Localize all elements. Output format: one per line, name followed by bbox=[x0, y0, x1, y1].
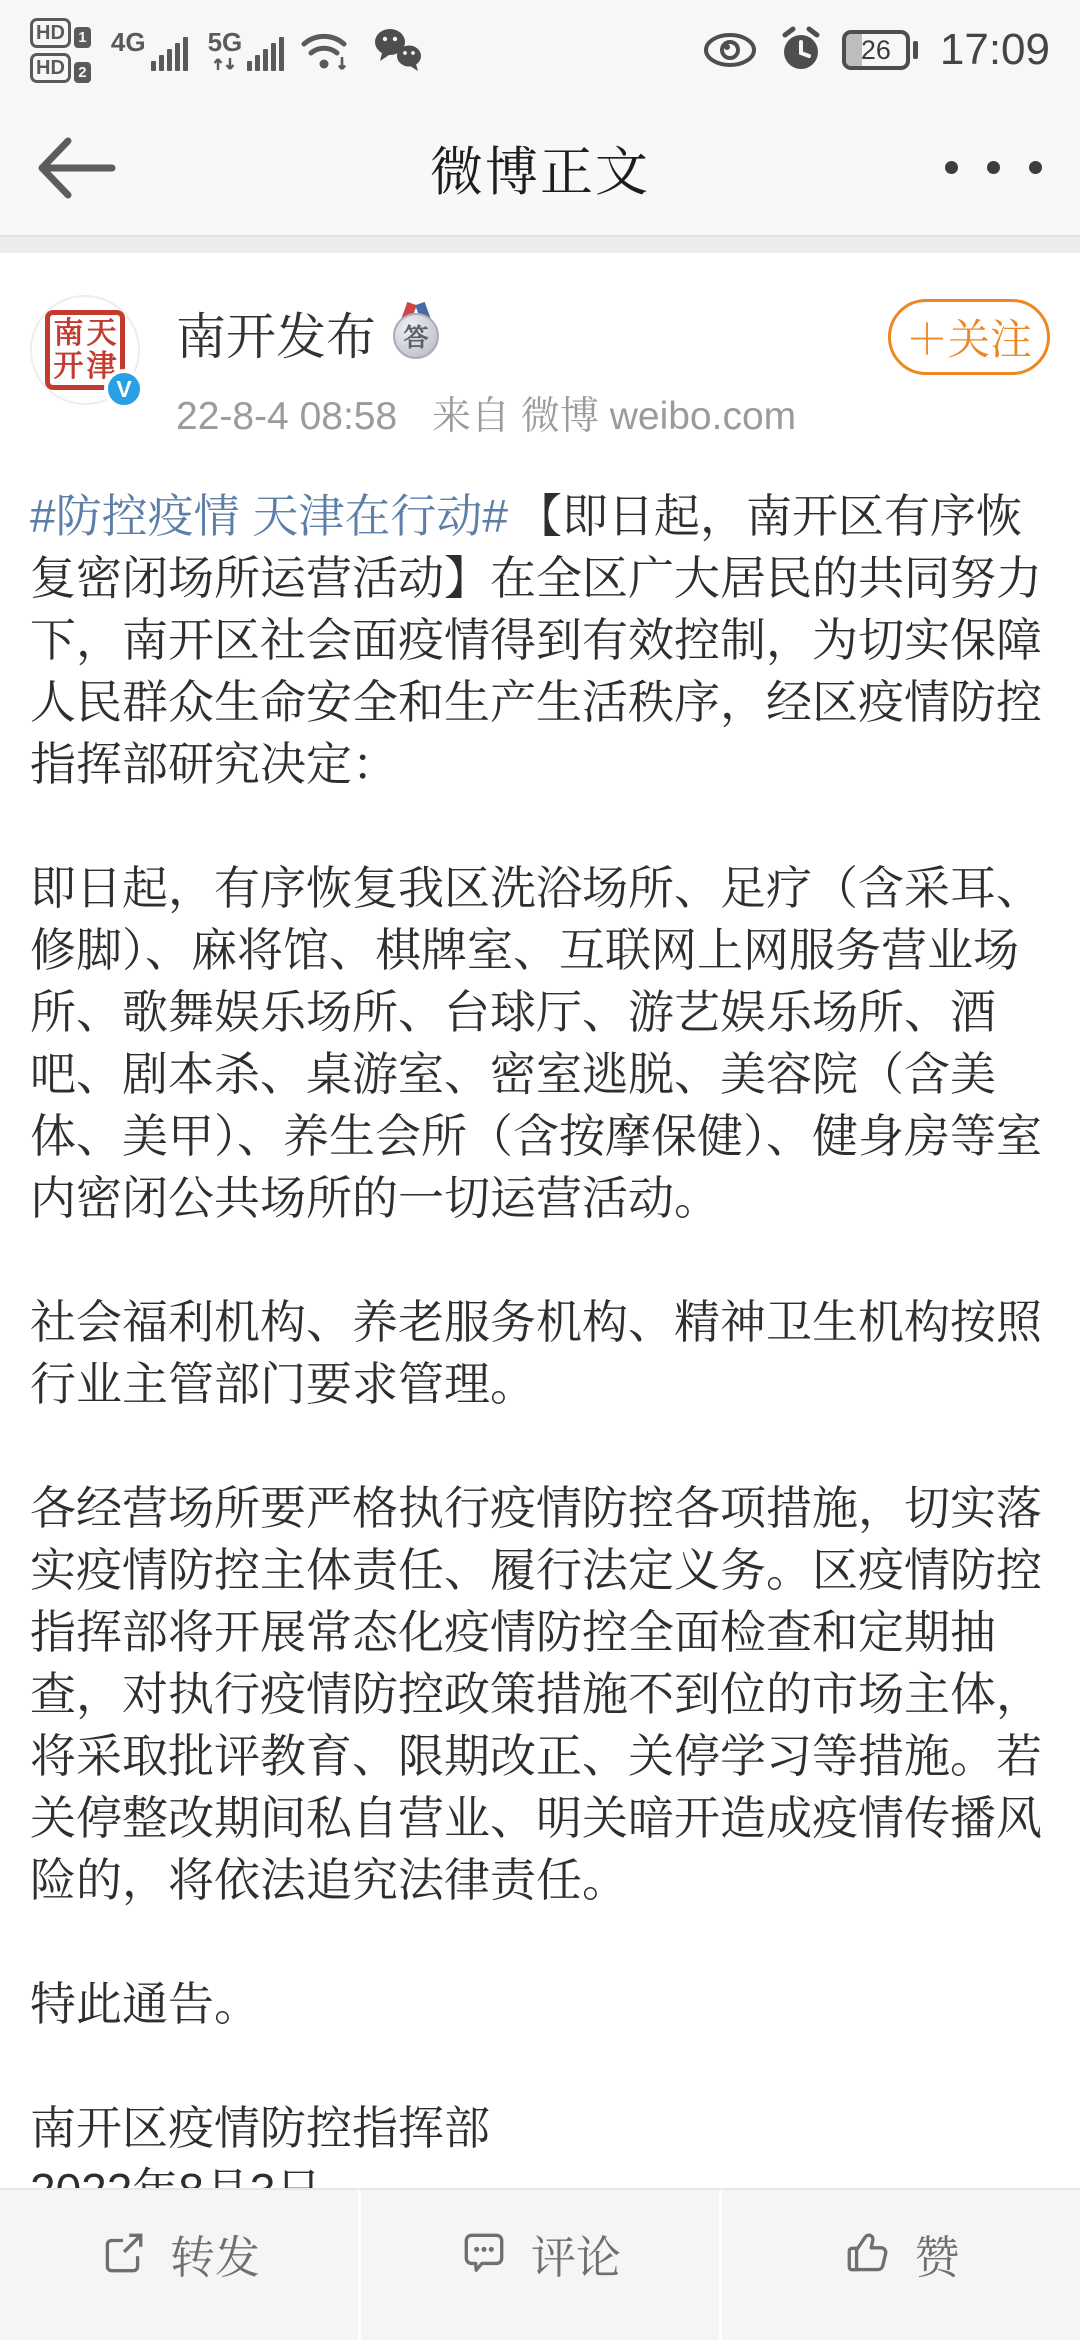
eye-comfort-icon bbox=[700, 30, 760, 70]
alarm-icon bbox=[776, 25, 826, 75]
page-title: 微博正文 bbox=[430, 130, 650, 206]
nav-bar: 微博正文 bbox=[0, 100, 1080, 235]
paragraph: 即日起，有序恢复我区洗浴场所、足疗（含采耳、修脚）、麻将馆、棋牌室、互联网上网服… bbox=[30, 857, 1050, 1229]
paragraph: #防控疫情 天津在行动#【即日起，南开区有序恢复密闭场所运营活动】在全区广大居民… bbox=[30, 485, 1050, 795]
medal-badge-icon: 答 bbox=[392, 303, 440, 359]
paragraph: 特此通告。 bbox=[30, 1973, 1050, 2035]
volte-hd-sim2-icon: HD 2 bbox=[30, 53, 91, 83]
post-meta: 22-8-4 08:58 来自 微博 weibo.com bbox=[176, 385, 888, 441]
signal-bars-icon bbox=[247, 37, 284, 71]
sim1-signal: 4G bbox=[111, 29, 188, 71]
back-arrow-icon[interactable] bbox=[34, 135, 120, 201]
battery-icon: 26 bbox=[842, 30, 918, 70]
action-bar: 转发 评论 赞 bbox=[0, 2188, 1080, 2340]
post: 南天开津 V 南开发布 答 22-8-4 08:58 来自 微博 weibo.c… bbox=[0, 253, 1080, 2221]
thumbs-up-icon bbox=[842, 2228, 892, 2278]
status-bar: HD 1 HD 2 4G 5G bbox=[0, 0, 1080, 100]
sim2-signal: 5G bbox=[208, 29, 285, 71]
post-timestamp: 22-8-4 08:58 bbox=[176, 395, 397, 438]
hashtag-link[interactable]: #防控疫情 天津在行动# bbox=[30, 490, 508, 542]
repost-button[interactable]: 转发 bbox=[0, 2190, 358, 2340]
section-divider bbox=[0, 235, 1080, 253]
comment-button[interactable]: 评论 bbox=[361, 2190, 719, 2340]
wechat-icon bbox=[370, 26, 426, 74]
paragraph: 各经营场所要严格执行疫情防控各项措施，切实落实疫情防控主体责任、履行法定义务。区… bbox=[30, 1477, 1050, 1911]
paragraph: 社会福利机构、养老服务机构、精神卫生机构按照行业主管部门要求管理。 bbox=[30, 1291, 1050, 1415]
wifi-icon bbox=[298, 27, 356, 73]
repost-icon bbox=[98, 2228, 148, 2278]
clock-time: 17:09 bbox=[940, 25, 1050, 75]
volte-hd-sim1-icon: HD 1 bbox=[30, 18, 91, 48]
like-button[interactable]: 赞 bbox=[722, 2190, 1080, 2340]
follow-button[interactable]: ＋关注 bbox=[888, 299, 1050, 375]
post-source-link[interactable]: 微博 weibo.com bbox=[521, 395, 796, 438]
comment-icon bbox=[459, 2228, 509, 2278]
more-menu-icon[interactable] bbox=[941, 151, 1046, 184]
verified-badge: V bbox=[104, 369, 144, 409]
data-updown-arrows-icon bbox=[212, 57, 238, 71]
post-body: #防控疫情 天津在行动#【即日起，南开区有序恢复密闭场所运营活动】在全区广大居民… bbox=[30, 485, 1050, 2221]
signal-bars-icon bbox=[151, 37, 188, 71]
avatar[interactable]: 南天开津 V bbox=[30, 295, 140, 405]
author-name[interactable]: 南开发布 bbox=[176, 297, 376, 369]
post-header: 南天开津 V 南开发布 答 22-8-4 08:58 来自 微博 weibo.c… bbox=[30, 295, 1050, 441]
